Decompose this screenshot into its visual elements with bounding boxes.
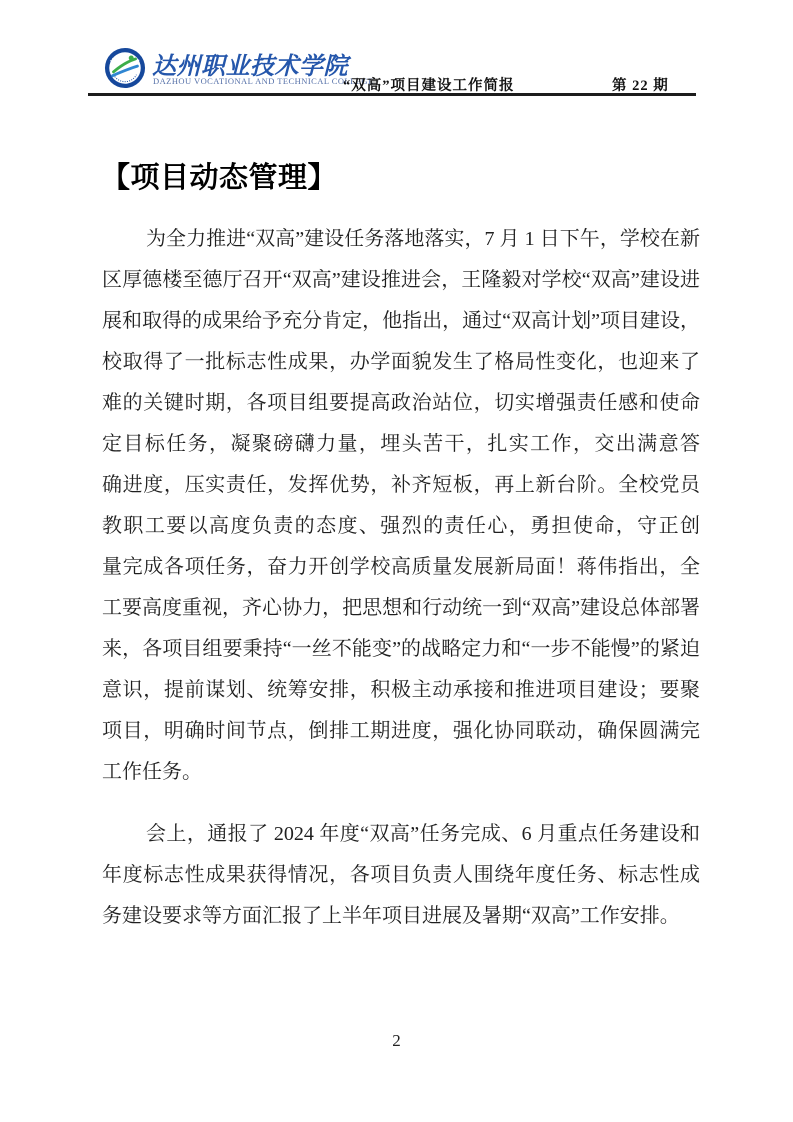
article-paragraphs: 为全力推进“双高”建设任务落地落实，7 月 1 日下午，学校在新校区厚德楼至德厅… [102, 219, 700, 937]
paragraph: 会上，通报了 2024 年度“双高”任务完成、6 月重点任务建设和 2024年度… [102, 814, 700, 937]
text-line: 展和取得的成果给予充分肯定，他指出，通过“双高计划”项目建设，学 [102, 301, 700, 342]
text-line: 量完成各项任务，奋力开创学校高质量发展新局面！蒋伟指出，全体教职 [102, 547, 700, 588]
text-line: 校取得了一批标志性成果，办学面貌发生了格局性变化，也迎来了攻坚克 [102, 342, 700, 383]
text-line: 会上，通报了 2024 年度“双高”任务完成、6 月重点任务建设和 2024 [102, 814, 700, 855]
college-name-en: DAZHOU VOCATIONAL AND TECHNICAL COLLEGE [153, 76, 374, 86]
text-line: 难的关键时期，各项目组要提高政治站位，切实增强责任感和使命感，咬 [102, 383, 700, 424]
text-line: 定目标任务，凝聚磅礴力量，埋头苦干，扎实工作，交出满意答卷；要明 [102, 424, 700, 465]
text-line: 区厚德楼至德厅召开“双高”建设推进会，王隆毅对学校“双高”建设进 [102, 260, 700, 301]
text-line: 工要高度重视，齐心协力，把思想和行动统一到“双高”建设总体部署上 [102, 588, 700, 629]
college-emblem-icon [104, 47, 146, 89]
section-title: 【项目动态管理】 [101, 155, 337, 196]
page-number: 2 [0, 1031, 793, 1051]
paragraph: 为全力推进“双高”建设任务落地落实，7 月 1 日下午，学校在新校区厚德楼至德厅… [102, 219, 700, 793]
text-line: 项目，明确时间节点，倒排工期进度，强化协同联动，确保圆满完成各项 [102, 711, 700, 752]
issue-number: 第 22 期 [612, 74, 669, 95]
document-page: 达州职业技术学院 DAZHOU VOCATIONAL AND TECHNICAL… [0, 0, 793, 1122]
text-line: 确进度，压实责任，发挥优势，补齐短板，再上新台阶。全校党员干部、 [102, 465, 700, 506]
text-line: 教职工要以高度负责的态度、强烈的责任心，勇担使命，守正创新，高质 [102, 506, 700, 547]
text-line: 意识，提前谋划、统筹安排，积极主动承接和推进项目建设；要聚焦重点 [102, 670, 700, 711]
bulletin-title: “双高”项目建设工作简报 [343, 74, 515, 95]
text-line: 工作任务。 [102, 752, 700, 793]
text-line: 为全力推进“双高”建设任务落地落实，7 月 1 日下午，学校在新校 [102, 219, 700, 260]
text-line: 年度标志性成果获得情况，各项目负责人围绕年度任务、标志性成果及任 [102, 855, 700, 896]
text-line: 来，各项目组要秉持“一丝不能变”的战略定力和“一步不能慢”的紧迫 [102, 629, 700, 670]
masthead-rule [88, 93, 696, 96]
text-line: 务建设要求等方面汇报了上半年项目进展及暑期“双高”工作安排。 [102, 896, 700, 937]
